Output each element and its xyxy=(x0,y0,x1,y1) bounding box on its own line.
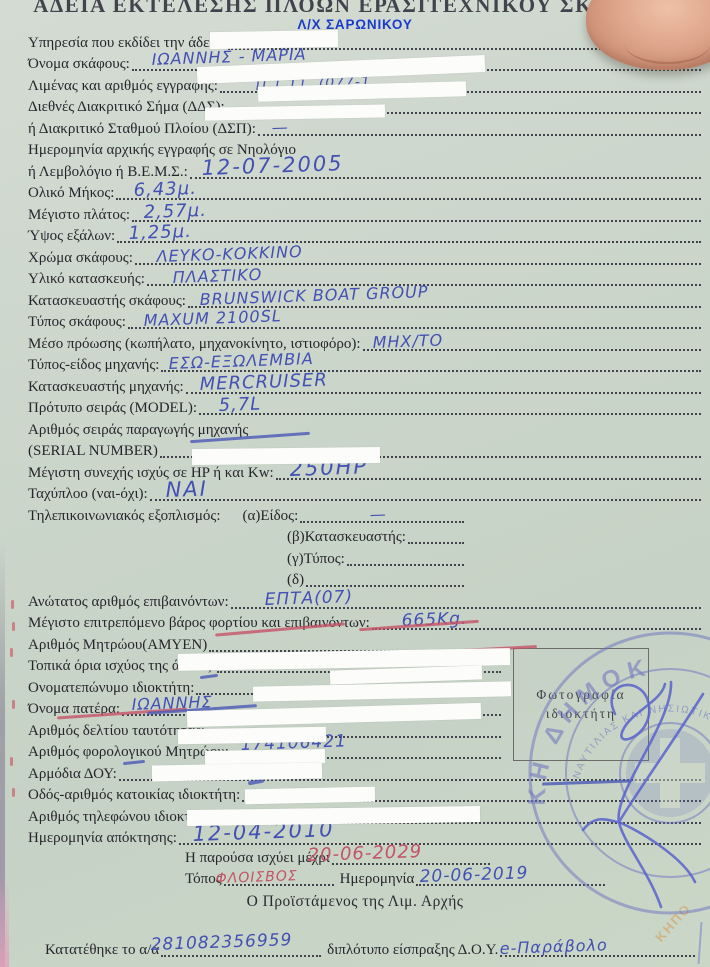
subfield-label: (α)Είδος: xyxy=(243,507,299,526)
field-label: Ύψος εξάλων: xyxy=(28,227,115,246)
field-label: Χρώμα σκάφους: xyxy=(28,249,133,268)
field-label: Κατασκευαστής σκάφους: xyxy=(28,292,186,311)
subfield-label: (δ) xyxy=(287,571,304,590)
field-label: Κατασκευαστής μηχανής: xyxy=(28,378,184,397)
form-row: ή Διακριτικό Σταθμού Πλοίου (ΔΣΠ): — xyxy=(28,117,701,139)
field-label: Διεθνές Διακριτικό Σήμα (ΔΔΣ): xyxy=(28,98,225,117)
paper-corner-background xyxy=(0,875,9,967)
form-row: Χρώμα σκάφους: ΛΕΥΚΟ-ΚΟΚΚΙΝΟ xyxy=(28,246,701,268)
subfield-label: (β)Κατασκευαστής: xyxy=(287,528,406,547)
receipt-label-1: Κατατέθηκε το α/α xyxy=(45,941,159,960)
dotted-leader: ΕΠΤΑ(07) xyxy=(231,593,701,609)
field-label: Τύπος-είδος μηχανής: xyxy=(28,356,159,375)
handwritten-value: 2,57μ. xyxy=(143,199,207,222)
handwritten-value: 665Kg. xyxy=(401,609,467,631)
dotted-leader: 2,57μ. xyxy=(132,206,701,222)
handwritten-value: ΝΑΙ xyxy=(165,477,208,502)
redaction-box xyxy=(192,447,380,465)
field-label: Μέγιστο πλάτος: xyxy=(28,206,130,225)
dotted-leader: ΛΕΥΚΟ-ΚΟΚΚΙΝΟ xyxy=(135,249,701,265)
dotted-leader: 250HP xyxy=(276,464,701,480)
license-document: ΑΔΕΙΑ ΕΚΤΕΛΕΣΗΣ ΠΛΟΩΝ ΕΡΑΣΙΤΕΧΝΙΚΟΥ ΣΚΑΦ… xyxy=(0,0,710,967)
field-label: Αριθμός σειράς παραγωγής μηχανής xyxy=(28,421,248,440)
dotted-leader: 5,7L xyxy=(199,399,701,415)
validity-date-handwritten: 20-06-2029 xyxy=(307,841,422,866)
margin-ink-mark xyxy=(12,700,15,709)
dotted-leader: 6,43μ. xyxy=(116,184,701,200)
form-row: Τύπος σκάφους: MAXUM 2100SL xyxy=(28,311,701,333)
dotted-leader: ΝΑΙ xyxy=(150,485,701,501)
row-spacer xyxy=(250,423,701,437)
margin-ink-mark xyxy=(12,622,15,631)
dotted-leader xyxy=(408,528,464,544)
form-row: Μέσο πρόωσης (κωπήλατο, μηχανοκίνητο, ισ… xyxy=(28,332,701,354)
form-row: (δ) xyxy=(28,569,701,591)
margin-ink-mark xyxy=(10,757,13,766)
handwritten-value: ΜΗΧ/ΤΟ xyxy=(372,330,443,351)
dotted-leader: BRUNSWICK BOAT GROUP xyxy=(188,292,701,308)
form-row: Ημερομηνία αρχικής εγγραφής σε Νηολόγιο xyxy=(28,139,701,161)
dotted-leader: ΜΗΧ/ΤΟ xyxy=(363,335,702,351)
field-label: Οδός-αριθμός κατοικίας ιδιοκτήτη: xyxy=(28,786,240,805)
handwritten-value: 1,25μ. xyxy=(128,221,192,244)
form-row: (γ)Τύπος: xyxy=(28,547,701,569)
handwritten-value: 12-07-2005 xyxy=(201,151,344,180)
official-signature xyxy=(553,672,710,952)
margin-ink-mark xyxy=(12,788,15,797)
receipt-label-2: διπλότυπο είσπραξης Δ.Ο.Υ. xyxy=(327,941,498,960)
field-label: Υλικό κατασκευής: xyxy=(28,270,145,289)
place-handwritten: ΦΛΟΙΣΒΟΣ xyxy=(215,868,298,887)
form-row: Πρότυπο σειράς (MODEL): 5,7L xyxy=(28,397,701,419)
form-row: Μέγιστο πλάτος: 2,57μ. xyxy=(28,203,701,225)
margin-ink-mark xyxy=(11,600,14,609)
margin-ink-mark xyxy=(10,648,13,657)
form-row: Ύψος εξάλων: 1,25μ. xyxy=(28,225,701,247)
redaction-box xyxy=(245,787,375,805)
form-row: ή Λεμβολόγιο ή Β.Ε.Μ.Σ.: 12-07-2005 xyxy=(28,160,701,182)
handwritten-value: ΛΕΥΚΟ-ΚΟΚΚΙΝΟ xyxy=(156,241,303,265)
handwritten-value: ΕΣΩ-ΕΞΩΛΕΜΒΙΑ xyxy=(169,349,315,373)
field-label: Ολικό Μήκος: xyxy=(28,184,114,203)
form-row: Ολικό Μήκος: 6,43μ. xyxy=(28,182,701,204)
date-label: Ημερομηνία xyxy=(340,870,415,889)
form-row: Τύπος-είδος μηχανής: ΕΣΩ-ΕΞΩΛΕΜΒΙΑ xyxy=(28,354,701,376)
dotted-leader: 281082356959 xyxy=(161,941,321,957)
dotted-leader xyxy=(347,550,464,566)
form-row: Κατασκευαστής μηχανής: MERCRUISER xyxy=(28,375,701,397)
subfield-label: (γ)Τύπος: xyxy=(287,550,345,569)
form-row: Μέγιστη συνεχής ισχύς σε HP ή και Kw: 25… xyxy=(28,461,701,483)
form-row: Κατασκευαστής σκάφους: BRUNSWICK BOAT GR… xyxy=(28,289,701,311)
field-label: Πρότυπο σειράς (MODEL): xyxy=(28,399,197,418)
form-row: Ανώτατος αριθμός επιβαινόντων: ΕΠΤΑ(07) xyxy=(28,590,701,612)
handwritten-value: 6,43μ. xyxy=(134,178,198,201)
field-label: Ημερομηνία απόκτησης: xyxy=(28,829,177,848)
dotted-leader: 20-06-2029 xyxy=(332,849,490,865)
dotted-leader: MAXUM 2100SL xyxy=(128,313,701,329)
field-label: Τηλεπικοινωνιακός εξοπλισμός: xyxy=(28,507,221,526)
form-row: (β)Κατασκευαστής: xyxy=(28,526,701,548)
form-row: Αριθμός σειράς παραγωγής μηχανής xyxy=(28,418,701,440)
field-label: Τύπος σκάφους: xyxy=(28,313,126,332)
dotted-leader: — xyxy=(258,120,701,136)
redaction-box xyxy=(152,763,322,782)
receipt-number-handwritten: 281082356959 xyxy=(150,930,292,955)
field-label: Μέγιστο επιτρεπόμενο βάρος φορτίου και ε… xyxy=(28,614,370,633)
field-label: (SERIAL NUMBER) xyxy=(28,442,158,461)
handwritten-value: MAXUM 2100SL xyxy=(143,306,282,330)
redaction-box xyxy=(210,30,338,49)
field-label: Αριθμός Μητρώου(ΑΜΥΕΝ) xyxy=(28,636,207,655)
finger-crease xyxy=(624,22,710,64)
field-label: Όνομα σκάφους: xyxy=(28,55,130,74)
handwritten-value: — xyxy=(271,117,289,137)
redaction-box xyxy=(178,727,326,745)
handwritten-value: — xyxy=(370,504,388,524)
dotted-leader: ΦΛΟΙΣΒΟΣ xyxy=(224,870,334,886)
field-label: Αριθμός φορολογικού Μητρώου: xyxy=(28,743,229,762)
dotted-leader: — xyxy=(300,507,464,523)
form-row: Τηλεπικοινωνιακός εξοπλισμός: (α)Είδος: … xyxy=(28,504,701,526)
field-label: Μέγιστη συνεχής ισχύς σε HP ή και Kw: xyxy=(28,464,274,483)
signer-title: Ο Προϊστάμενος της Λιμ. Αρχής xyxy=(185,893,525,911)
field-label: Αρμόδια ΔΟΥ: xyxy=(28,765,117,784)
field-label: Λιμένας και αριθμός εγγραφής: xyxy=(28,77,218,96)
field-label: Ταχύπλοο (ναι-όχι): xyxy=(28,485,148,504)
dotted-leader: 1,25μ. xyxy=(117,227,701,243)
dotted-leader: MERCRUISER xyxy=(186,378,701,394)
form-row: Ταχύπλοο (ναι-όχι): ΝΑΙ xyxy=(28,483,701,505)
handwritten-value: ΠΛΑΣΤΙΚΟ xyxy=(172,265,262,287)
handwritten-value: ΕΠΤΑ(07) xyxy=(264,586,353,609)
dotted-leader: 12-07-2005 xyxy=(190,163,701,179)
handwritten-value: MERCRUISER xyxy=(199,369,328,394)
field-label: ή Διακριτικό Σταθμού Πλοίου (ΔΣΠ): xyxy=(28,120,256,139)
row-spacer xyxy=(298,143,701,157)
dotted-leader: ΕΣΩ-ΕΞΩΛΕΜΒΙΑ xyxy=(161,356,701,372)
handwritten-value: 5,7L xyxy=(218,394,261,416)
field-label: Ανώτατος αριθμός επιβαινόντων: xyxy=(28,593,229,612)
dotted-leader xyxy=(306,571,464,587)
